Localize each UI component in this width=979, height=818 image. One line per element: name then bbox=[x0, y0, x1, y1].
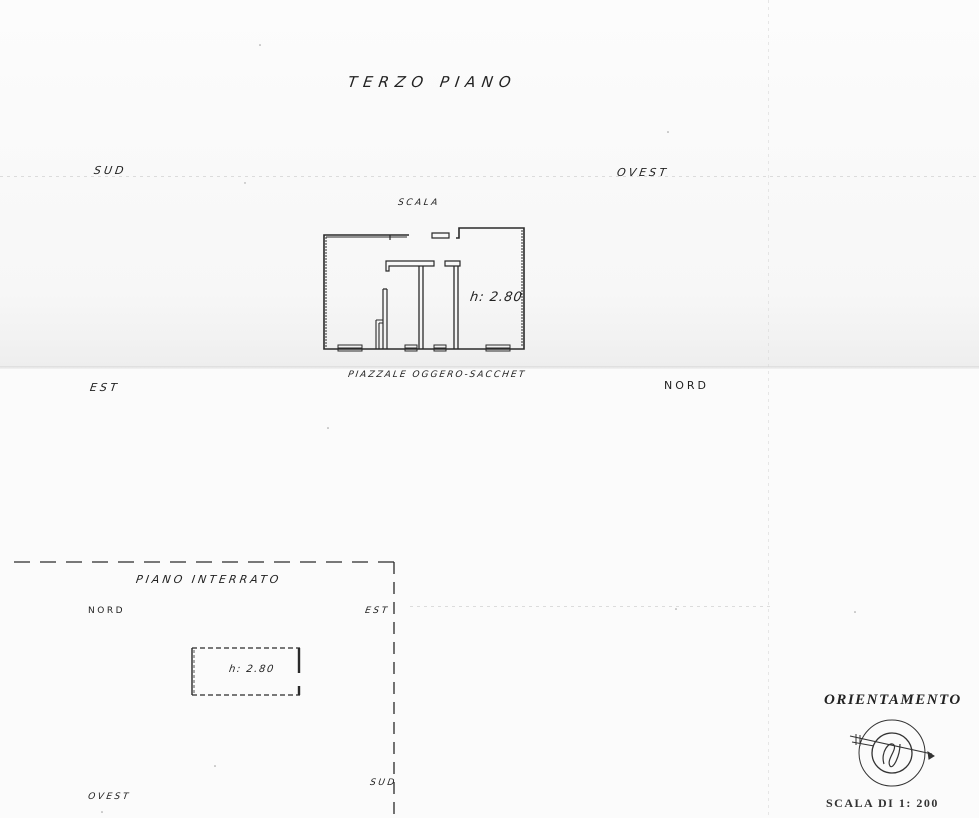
paper-specks bbox=[0, 0, 979, 818]
floor-plan-sheet: TERZO PIANO SUD OVEST EST NORD SCALA PIA… bbox=[0, 0, 979, 818]
